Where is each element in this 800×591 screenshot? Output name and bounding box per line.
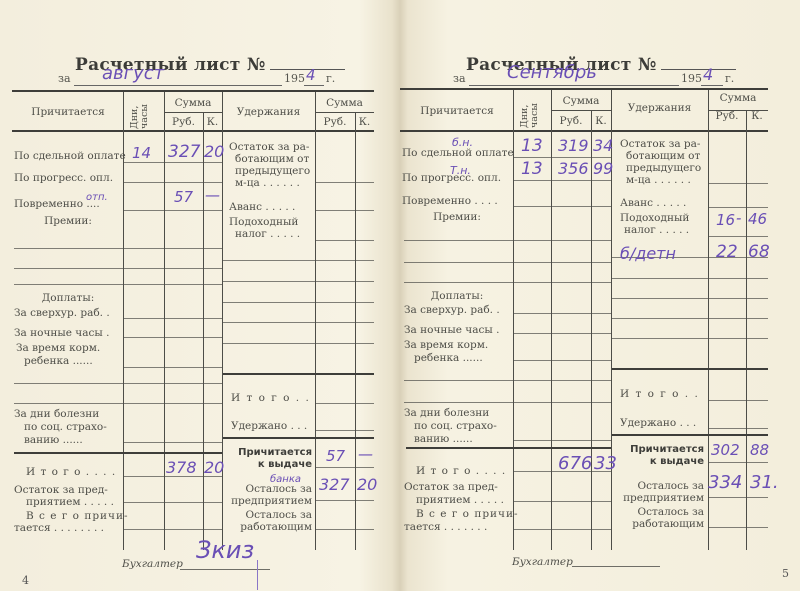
header-rub-2: Руб. [708, 110, 746, 122]
row-rule [14, 284, 222, 285]
progressive-kop: 99 [593, 159, 613, 178]
row-rule [124, 529, 222, 530]
table-top-rule [400, 88, 768, 90]
row-overtime-label: За сверхур. раб. . [404, 304, 500, 316]
page-number: 4 [22, 574, 29, 587]
row-total-label: И т о г о . . . . [26, 466, 116, 478]
piecework-note: б.н. [452, 136, 473, 149]
header-kop: К. [203, 116, 222, 128]
left-enterprise-kop: 31. [750, 472, 779, 493]
signature-line [572, 566, 660, 567]
accountant-signature: Зкиз [196, 536, 254, 564]
row-rule [124, 182, 222, 183]
childless-tax-rub: 22 [716, 242, 738, 262]
row-rule [14, 383, 222, 384]
row-bonuses-label: Премии: [14, 215, 122, 227]
payout-label-2: к выдаче [222, 459, 312, 471]
header-deductions: Удержания [222, 106, 315, 118]
deduction-carry-label-1: Остаток за ра- [620, 138, 700, 150]
row-rule [404, 402, 611, 403]
childless-tax-kop: 68 [748, 242, 770, 262]
piecework-rub: 319 [558, 136, 589, 155]
time-based-note: отп. [86, 192, 108, 203]
left-employee-label-2: работающим [222, 521, 312, 533]
signature-stroke [257, 560, 258, 590]
deduction-tax-label-2: налог . . . . . [624, 224, 689, 236]
left-enterprise-label-1: Осталось за [612, 480, 704, 492]
piecework-rub: 327 [168, 142, 200, 162]
row-all-due-label-1: В с е г о причи- [26, 510, 129, 522]
row-all-due-label-1: В с е г о причи- [416, 508, 519, 520]
deductions-total-rule [223, 373, 374, 375]
row-time-based-label: Повременно . . . . [402, 195, 498, 207]
deduction-carry-label-2: ботающим от [235, 153, 309, 165]
header-kop-2: К. [746, 110, 768, 122]
left-employee-label-1: Осталось за [222, 509, 312, 521]
row-rule [223, 260, 374, 261]
row-rule [124, 442, 222, 443]
row-rule [404, 262, 611, 263]
left-enterprise-rub: 327 [319, 475, 350, 494]
row-rule [316, 529, 374, 530]
row-rule [612, 318, 768, 319]
payroll-book-spread: Расчетный лист № за август 195 4 г. Прич… [0, 0, 800, 591]
header-bottom-rule [400, 130, 768, 132]
tax-kop: 46 [748, 210, 767, 228]
row-rule [514, 440, 611, 441]
col-divider [315, 92, 316, 550]
row-rule [124, 162, 222, 163]
header-rub: Руб. [164, 116, 203, 128]
row-rule [709, 497, 768, 498]
header-sum: Сумма [551, 95, 611, 107]
left-enterprise-rub: 334 [708, 472, 742, 493]
header-rub: Руб. [551, 115, 591, 127]
row-extra-header: Доплаты: [14, 292, 122, 304]
deduction-total-label: И т о г о . . [231, 392, 310, 404]
row-nursing-label-2: ребенка ...... [414, 352, 483, 364]
row-rule [316, 467, 374, 468]
row-rule [124, 337, 222, 338]
year-blank-line [304, 72, 324, 86]
col-divider [513, 90, 514, 550]
period-line: за Сентябрь 195 4 г. [453, 72, 763, 85]
header-deductions: Удержания [611, 102, 708, 114]
row-sick-label-1: За дни болезни [404, 407, 489, 419]
header-sum-2: Сумма [708, 92, 768, 104]
accountant-label: Бухгалтер [122, 558, 183, 570]
left-enterprise-label-2: предприятием [612, 492, 704, 504]
deduction-carry-label-4: м-ца . . . . . . [235, 177, 300, 189]
col-divider [746, 111, 747, 550]
deduction-total-label: И т о г о . . [620, 388, 699, 400]
left-page: Расчетный лист № за август 195 4 г. Прич… [0, 0, 390, 591]
year-prefix: 195 [284, 72, 305, 85]
row-rule [514, 180, 611, 181]
accountant-label: Бухгалтер [512, 556, 573, 568]
table-top-rule [12, 90, 374, 92]
row-all-due-label-2: тается . . . . . . . . [14, 522, 104, 534]
row-all-due-label-2: тается . . . . . . . [404, 521, 487, 533]
deductions-total-rule [612, 368, 768, 370]
row-overtime-label: За сверхур. раб. . [14, 307, 110, 319]
row-rule [14, 403, 222, 404]
row-rule [124, 210, 222, 211]
col-divider [164, 92, 165, 550]
row-rule [514, 206, 611, 207]
header-sum: Сумма [164, 97, 222, 109]
progressive-days: 13 [521, 159, 543, 179]
progressive-note: Т.н. [450, 164, 471, 177]
left-enterprise-kop: 20 [357, 475, 377, 494]
row-rule [514, 333, 611, 334]
row-night-label: За ночные часы . [14, 327, 109, 339]
row-nursing-label-1: За время корм. [404, 339, 488, 351]
header-rub-2: Руб. [315, 116, 355, 128]
sum-sub-rule [315, 112, 374, 113]
row-rule [709, 236, 768, 237]
col-divider [355, 113, 356, 550]
row-progressive-label: По прогресс. опл. [14, 172, 113, 184]
row-sick-label-2: по соц. страхо- [414, 420, 497, 432]
header-sum-2: Сумма [315, 97, 374, 109]
sum-sub-rule [551, 110, 611, 111]
row-night-label: За ночные часы . [404, 324, 499, 336]
row-sick-label-2: по соц. страхо- [24, 421, 107, 433]
row-balance-label-2: приятием . . . . . [416, 494, 504, 506]
left-enterprise-label-2: предприятием [222, 495, 312, 507]
total-rule [14, 452, 222, 454]
progressive-rub: 356 [558, 159, 589, 178]
left-employee-label-2: работающим [612, 518, 704, 530]
childless-tax-label: б/детн [620, 244, 676, 263]
total-rule [406, 447, 611, 449]
payout-kop: — [358, 445, 373, 463]
row-rule [709, 527, 768, 528]
deduction-tax-label-1: Подоходный [229, 216, 298, 228]
deduction-withheld-label: Удержано . . . [620, 417, 696, 429]
deduction-withheld-label: Удержано . . . [231, 420, 307, 432]
period-line: за август 195 4 г. [58, 72, 358, 85]
piecework-days: 13 [521, 136, 543, 156]
row-rule [514, 529, 611, 530]
row-rule [709, 462, 768, 463]
row-nursing-label-1: За время корм. [16, 342, 100, 354]
col-divider [551, 90, 552, 550]
left-enterprise-note: банка [270, 474, 301, 485]
row-rule [404, 380, 611, 381]
row-rule [223, 322, 374, 323]
col-divider [203, 113, 204, 550]
payout-label-2: к выдаче [612, 456, 704, 468]
header-bottom-rule [12, 130, 374, 132]
deduction-carry-label-2: ботающим от [626, 150, 700, 162]
left-employee-label-1: Осталось за [612, 506, 704, 518]
row-sick-label-3: ванию ...... [414, 433, 473, 445]
tax-dash: - [736, 209, 741, 227]
row-rule [14, 248, 222, 249]
row-sick-label-3: ванию ...... [24, 434, 83, 446]
deduction-tax-label-2: налог . . . . . [235, 228, 300, 240]
payout-rub: 302 [711, 441, 740, 459]
row-rule [404, 282, 611, 283]
right-page: Расчетный лист № за Сентябрь 195 4 г. Пр… [398, 0, 800, 591]
row-rule [612, 298, 768, 299]
deduction-advance-label: Аванс . . . . . [229, 201, 295, 213]
month-value: август [102, 63, 164, 84]
payout-rub: 57 [326, 447, 345, 465]
row-rule [612, 278, 768, 279]
deduction-carry-label-3: предыдущего [235, 165, 310, 177]
year-blank-line [701, 72, 723, 86]
row-nursing-label-2: ребенка ...... [24, 355, 93, 367]
piecework-kop: 34 [593, 136, 613, 155]
row-rule [709, 207, 768, 208]
row-rule [124, 367, 222, 368]
row-rule [316, 430, 374, 431]
deduction-carry-label-1: Остаток за ра- [229, 141, 309, 153]
row-rule [316, 500, 374, 501]
row-rule [14, 268, 222, 269]
row-rule [612, 338, 768, 339]
row-sick-label-1: За дни болезни [14, 408, 99, 420]
period-prefix: за [58, 72, 71, 85]
col-divider [591, 111, 592, 550]
deduction-carry-label-4: м-ца . . . . . . [626, 174, 691, 186]
row-rule [514, 501, 611, 502]
row-rule [223, 302, 374, 303]
page-number: 5 [782, 567, 789, 580]
payout-kop: 88 [750, 441, 769, 459]
row-rule [124, 502, 222, 503]
row-rule [316, 403, 374, 404]
time-based-rub: 57 [174, 188, 193, 206]
row-extra-header: Доплаты: [402, 290, 512, 302]
total-rub: 378 [166, 458, 197, 477]
row-rule [223, 343, 374, 344]
row-balance-label-2: приятием . . . . . [26, 496, 114, 508]
sheet-number-blank [661, 56, 736, 70]
payout-label-1: Причитается [612, 444, 704, 456]
header-kop-2: К. [355, 116, 374, 128]
header-days-hours: Дни, часы [520, 94, 540, 128]
piecework-kop: 20 [204, 142, 224, 161]
row-total-label: И т о г о . . . . [416, 465, 506, 477]
deduction-advance-label: Аванс . . . . . [620, 197, 686, 209]
payout-rule [612, 434, 768, 436]
time-based-kop: — [205, 186, 220, 204]
row-balance-label-1: Остаток за пред- [14, 484, 108, 496]
month-value: Сентябрь [507, 62, 597, 83]
row-balance-label-1: Остаток за пред- [404, 481, 498, 493]
sum-sub-rule [164, 112, 222, 113]
row-rule [514, 313, 611, 314]
header-accrued: Причитается [402, 105, 512, 117]
row-rule [316, 240, 374, 241]
tax-rub: 16 [716, 211, 735, 229]
row-rule [514, 157, 611, 158]
header-kop: К. [591, 115, 611, 127]
row-rule [316, 182, 374, 183]
total-rub: 676 [558, 453, 592, 474]
header-accrued: Причитается [14, 106, 122, 118]
deduction-tax-label-1: Подоходный [620, 212, 689, 224]
payout-label-1: Причитается [222, 447, 312, 459]
year-unit: г. [725, 72, 734, 85]
piecework-days: 14 [132, 144, 151, 162]
row-rule [124, 318, 222, 319]
year-prefix: 195 [681, 72, 702, 85]
row-rule [709, 183, 768, 184]
row-rule [709, 428, 768, 429]
row-rule [316, 210, 374, 211]
row-bonuses-label: Премии: [402, 211, 512, 223]
header-days-hours: Дни, часы [130, 95, 150, 129]
payout-rule [223, 437, 374, 439]
row-rule [709, 400, 768, 401]
row-rule [514, 360, 611, 361]
year-unit: г. [326, 72, 335, 85]
period-prefix: за [453, 72, 466, 85]
row-rule [404, 240, 611, 241]
row-piecework-label: По сдельной оплате [14, 150, 126, 162]
deduction-carry-label-3: предыдущего [626, 162, 701, 174]
row-rule [223, 281, 374, 282]
